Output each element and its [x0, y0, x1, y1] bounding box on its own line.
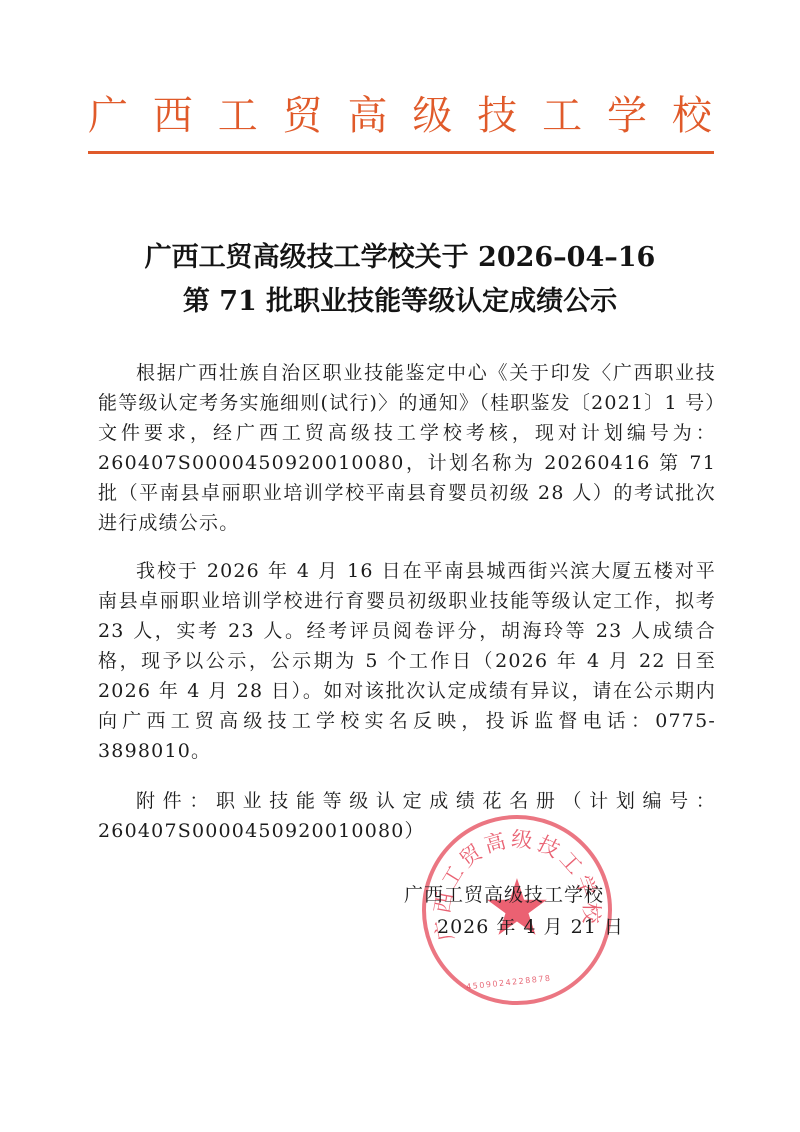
- letterhead-char: 广: [88, 92, 128, 140]
- letterhead-char: 技: [477, 92, 517, 140]
- letterhead-char: 学: [607, 92, 647, 140]
- letterhead-char: 级: [412, 92, 452, 140]
- attachment-note: 附件：职业技能等级认定成绩花名册（计划编号：260407S00004509200…: [98, 786, 716, 846]
- signature-organization: 广西工贸高级技工学校: [404, 880, 604, 910]
- document-title-line-2: 第 71 批职业技能等级认定成绩公示: [0, 280, 800, 324]
- letterhead-char: 工: [218, 92, 258, 140]
- body-paragraph-2: 我校于 2026 年 4 月 16 日在平南县城西街兴滨大厦五楼对平南县卓丽职业…: [98, 556, 716, 766]
- letterhead-char: 西: [153, 92, 193, 140]
- letterhead-char: 贸: [283, 92, 323, 140]
- letterhead-char: 工: [542, 92, 582, 140]
- document-title-line-1: 广西工贸高级技工学校关于 2026–04–16: [0, 236, 800, 280]
- signature-date: 2026 年 4 月 21 日: [437, 912, 624, 942]
- letterhead-school-name: 广 西 工 贸 高 级 技 工 学 校: [88, 92, 712, 140]
- letterhead-divider: [88, 151, 714, 154]
- official-seal: 广西工贸高级技工学校 ★ 4509024228878: [422, 815, 612, 1005]
- body-paragraph-1: 根据广西壮族自治区职业技能鉴定中心《关于印发〈广西职业技能等级认定考务实施细则(…: [98, 358, 716, 538]
- letterhead-char: 高: [348, 92, 388, 140]
- letterhead-char: 校: [672, 92, 712, 140]
